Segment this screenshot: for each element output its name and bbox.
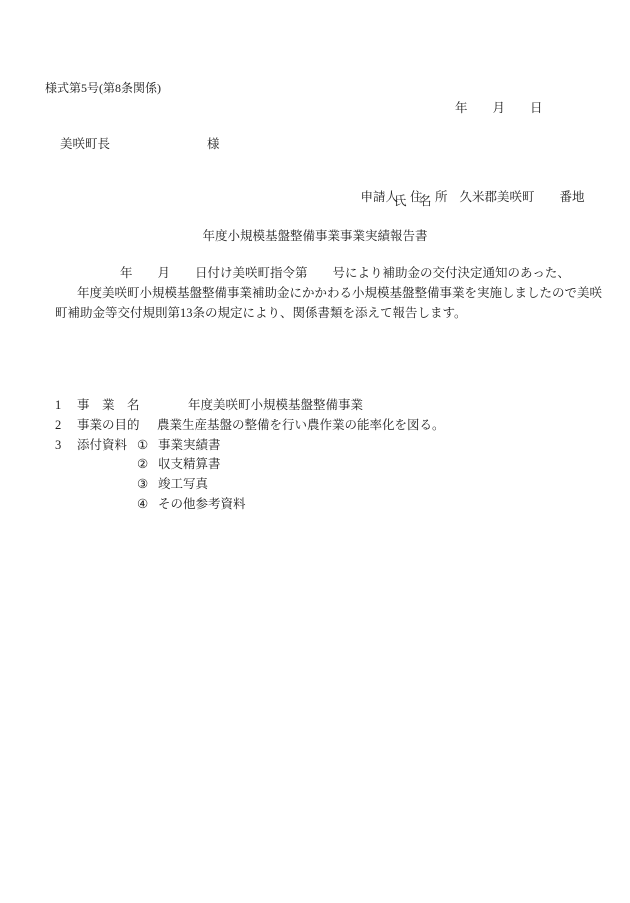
body-paragraph-line-3: 町補助金等交付規則第13条の規定により、関係書類を添えて報告します。 <box>55 306 467 321</box>
item-label: 事業の目的 <box>77 418 140 433</box>
item-value: 年度美咲町小規模基盤整備事業 <box>188 398 363 413</box>
attachment-marker: ③ <box>137 477 148 492</box>
attachment-marker: ① <box>137 438 148 453</box>
body-paragraph-line-2: 年度美咲町小規模基盤整備事業補助金にかかわる小規模基盤整備事業を実施しましたので… <box>77 286 602 301</box>
item-label: 事 業 名 <box>77 398 140 413</box>
addressee-honorific: 様 <box>207 137 220 152</box>
addressee-row: 美咲町長 様 <box>0 137 630 153</box>
attachment-row: ④ その他参考資料 <box>0 497 630 514</box>
attachment-text: その他参考資料 <box>158 497 246 512</box>
attachment-row: ③ 竣工写真 <box>0 477 630 494</box>
item-row-project-name: 1 事 業 名 年度美咲町小規模基盤整備事業 <box>0 398 630 415</box>
applicant-address-value: 久米郡美咲町 番地 <box>460 190 585 204</box>
body-paragraph-line-1: 年 月 日付け美咲町指令第 号により補助金の交付決定通知のあった、 <box>120 266 570 281</box>
attachment-marker: ④ <box>137 497 148 512</box>
applicant-name-label: 氏 名 <box>394 194 432 209</box>
addressee-name: 美咲町長 <box>60 137 110 152</box>
attachment-marker: ② <box>137 457 148 472</box>
attachment-text: 事業実績書 <box>158 438 221 453</box>
item-number: 3 <box>55 438 61 453</box>
attachment-text: 竣工写真 <box>158 477 208 492</box>
date-line: 年 月 日 <box>455 101 543 116</box>
attachment-row: ② 収支精算書 <box>0 457 630 474</box>
item-row-attachments: 3 添付資料 ① 事業実績書 <box>0 438 630 455</box>
document-page: 様式第5号(第8条関係) 年 月 日 美咲町長 様 申請人住 所久米郡美咲町 番… <box>0 0 630 903</box>
item-number: 2 <box>55 418 61 433</box>
item-row-project-purpose: 2 事業の目的 農業生産基盤の整備を行い農作業の能率化を図る。 <box>0 418 630 435</box>
item-value: 農業生産基盤の整備を行い農作業の能率化を図る。 <box>157 418 445 433</box>
form-number: 様式第5号(第8条関係) <box>45 81 161 95</box>
item-number: 1 <box>55 398 61 413</box>
document-title: 年度小規模基盤整備事業事業実績報告書 <box>0 229 630 244</box>
attachment-text: 収支精算書 <box>158 457 221 472</box>
applicant-address-line: 申請人住 所久米郡美咲町 番地 <box>348 175 585 220</box>
applicant-label: 申請人 <box>361 190 399 204</box>
item-label: 添付資料 <box>77 438 127 453</box>
